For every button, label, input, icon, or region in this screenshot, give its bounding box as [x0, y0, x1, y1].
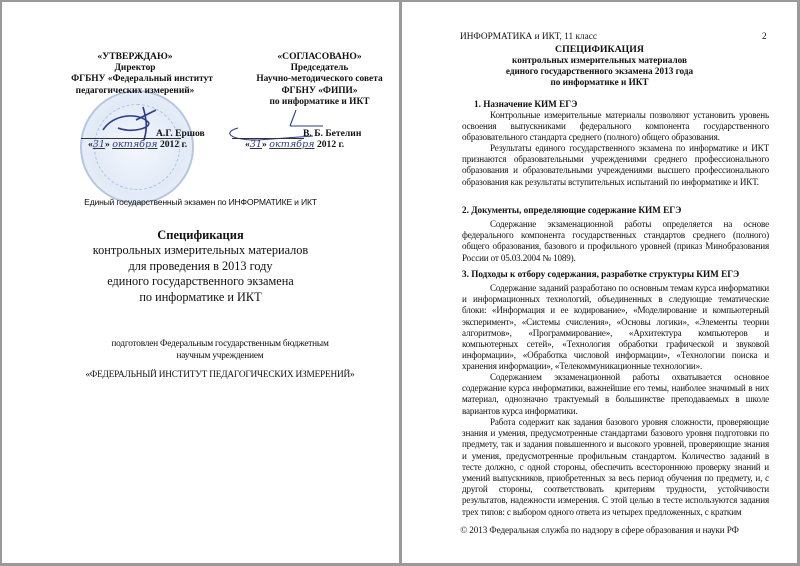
signer-name: В. Б. Бетелин: [303, 128, 361, 139]
running-header: ИНФОРМАТИКА и ИКТ, 11 класс: [460, 32, 597, 43]
spec-heading-line: единого государственного экзамена 2013 г…: [402, 66, 797, 77]
section-heading-3: 3. Подходы к отбору содержания, разработ…: [462, 269, 739, 280]
exam-subject-line: Единый государственный экзамен по ИНФОРМ…: [2, 197, 399, 207]
spec-heading: СПЕЦИФИКАЦИЯ контрольных измерительных м…: [402, 44, 797, 88]
agreement-date: «31» октября 2012 г.: [245, 139, 344, 150]
agreement-title: «СОГЛАСОВАНО»: [237, 51, 402, 63]
date-year: 2012 г.: [317, 139, 344, 150]
approval-date: «31» октября 2012 г.: [88, 139, 187, 150]
paragraph: Содержание экзаменационной работы опреде…: [462, 219, 769, 264]
paragraph: Работа содержит как задания базового уро…: [462, 417, 769, 517]
approval-block: «УТВЕРЖДАЮ» Директор ФГБНУ «Федеральный …: [60, 51, 210, 97]
prepared-line: подготовлен Федеральным государственным …: [2, 339, 438, 351]
section-heading-2: 2. Документы, определяющие содержание КИ…: [462, 205, 681, 216]
approval-line: Директор: [60, 63, 210, 75]
spec-subtitle: контрольных измерительных материалов для…: [2, 243, 399, 305]
spec-heading-line: по информатике и ИКТ: [402, 77, 797, 88]
page-number: 2: [762, 32, 767, 43]
agreement-line: ФГБНУ «ФИПИ»: [237, 86, 402, 98]
prepared-line: научным учреждением: [2, 351, 438, 363]
date-day: 31: [93, 139, 105, 150]
spec-subtitle-line: для проведения в 2013 году: [2, 259, 399, 275]
approval-line: ФГБНУ «Федеральный институт: [44, 74, 240, 86]
approval-line: педагогических измерений»: [60, 86, 210, 98]
paragraph: Содержанием экзаменационной работы охват…: [462, 372, 769, 417]
page-2: ИНФОРМАТИКА и ИКТ, 11 класс 2 СПЕЦИФИКАЦ…: [402, 2, 797, 563]
institute-name: «ФЕДЕРАЛЬНЫЙ ИНСТИТУТ ПЕДАГОГИЧЕСКИХ ИЗМ…: [2, 370, 438, 380]
date-year: 2012 г.: [160, 139, 187, 150]
paragraph: Содержание заданий разработано по основн…: [462, 283, 769, 373]
approval-title: «УТВЕРЖДАЮ»: [60, 51, 210, 63]
paragraph: Контрольные измерительные материалы позв…: [462, 110, 769, 144]
spec-heading-line: контрольных измерительных материалов: [402, 55, 797, 66]
spec-heading-title: СПЕЦИФИКАЦИЯ: [402, 44, 797, 55]
section-heading-1: 1. Назначение КИМ ЕГЭ: [474, 99, 577, 110]
date-day: 31: [250, 139, 262, 150]
spec-subtitle-line: контрольных измерительных материалов: [2, 243, 399, 259]
signer-name: А.Г. Ершов: [156, 128, 205, 139]
page-1: «УТВЕРЖДАЮ» Директор ФГБНУ «Федеральный …: [2, 2, 399, 563]
agreement-line: Научно-методического совета: [237, 74, 402, 86]
agreement-block: «СОГЛАСОВАНО» Председатель Научно-методи…: [237, 51, 402, 109]
spec-title: Спецификация: [2, 228, 399, 243]
prepared-by: подготовлен Федеральным государственным …: [2, 339, 438, 362]
date-month: октября: [269, 139, 314, 150]
spec-subtitle-line: единого государственного экзамена: [2, 274, 399, 290]
copyright-footer: © 2013 Федеральная служба по надзору в с…: [402, 525, 797, 536]
spec-subtitle-line: по информатике и ИКТ: [2, 290, 399, 306]
agreement-line: Председатель: [237, 63, 402, 75]
paragraph: Результаты единого государственного экза…: [462, 143, 769, 188]
date-month: октября: [112, 139, 157, 150]
